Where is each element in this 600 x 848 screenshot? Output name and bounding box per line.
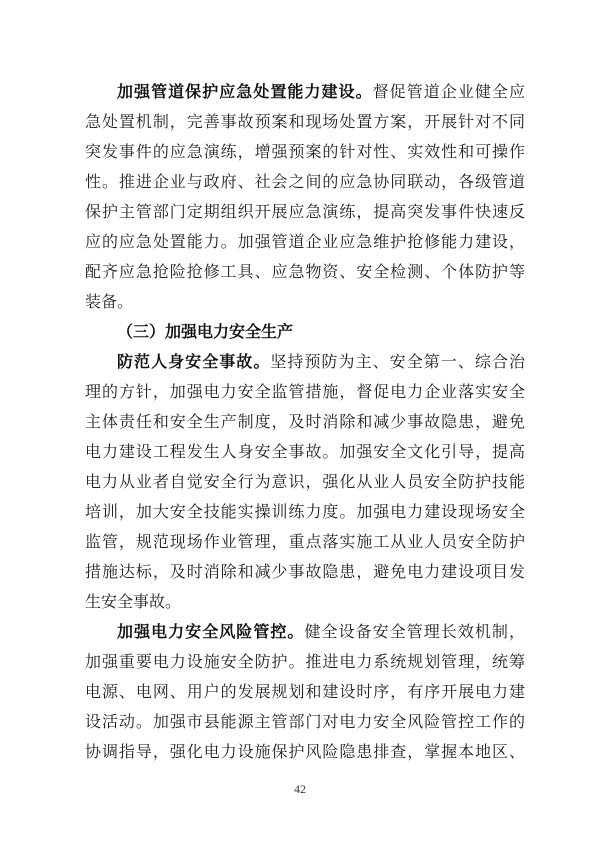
text-line: 装备。 [85, 288, 525, 318]
text-line: 加强电力安全风险管控。健全设备安全管理长效机制， [85, 618, 525, 648]
body-text-run: 加强重要电力设施安全防护。推进电力系统规划管理，统筹 [85, 654, 525, 671]
text-line: 性。推进企业与政府、社会之间的应急协同联动，各级管道 [85, 168, 525, 198]
body-text-run: 电力建设工程发生人身安全事故。加强安全文化引导，提高 [85, 444, 525, 461]
body-text-run: 急处置机制，完善事故预案和现场处置方案，开展针对不同 [85, 114, 525, 131]
body-text-run: 健全设备安全管理长效机制， [304, 624, 525, 641]
text-line: 监管，规范现场作业管理，重点落实施工从业人员安全防护 [85, 528, 525, 558]
body-text-run: 应的应急处置能力。加强管道企业应急维护抢修能力建设， [85, 234, 525, 251]
text-line: 培训，加大安全技能实操训练力度。加强电力建设现场安全 [85, 498, 525, 528]
text-line: 生安全事故。 [85, 588, 525, 618]
body-text-run: 生安全事故。 [85, 594, 181, 611]
text-line: 电力建设工程发生人身安全事故。加强安全文化引导，提高 [85, 438, 525, 468]
body-text-run: 坚持预防为主、安全第一、综合治 [270, 354, 525, 371]
text-line: 设活动。加强市县能源主管部门对电力安全风险管控工作的 [85, 708, 525, 738]
document-body: 加强管道保护应急处置能力建设。督促管道企业健全应急处置机制，完善事故预案和现场处… [85, 78, 525, 768]
text-line: 加强重要电力设施安全防护。推进电力系统规划管理，统筹 [85, 648, 525, 678]
body-text-run: 设活动。加强市县能源主管部门对电力安全风险管控工作的 [85, 714, 525, 731]
body-text-run: 电力从业者自觉安全行为意识，强化从业人员安全防护技能 [85, 474, 525, 491]
bold-text-run: 加强管道保护应急处置能力建设。 [117, 84, 373, 101]
text-line: 突发事件的应急演练，增强预案的针对性、实效性和可操作 [85, 138, 525, 168]
text-line: 措施达标，及时消除和减少事故隐患，避免电力建设项目发 [85, 558, 525, 588]
body-text-run: 主体责任和安全生产制度，及时消除和减少事故隐患，避免 [85, 414, 525, 431]
body-text-run: 保护主管部门定期组织开展应急演练，提高突发事件快速反 [85, 204, 525, 221]
body-text-run: 电源、电网、用户的发展规划和建设时序，有序开展电力建 [85, 684, 525, 701]
text-line: 电力从业者自觉安全行为意识，强化从业人员安全防护技能 [85, 468, 525, 498]
document-page: 加强管道保护应急处置能力建设。督促管道企业健全应急处置机制，完善事故预案和现场处… [0, 0, 600, 848]
text-line: 协调指导，强化电力设施保护风险隐患排查，掌握本地区、 [85, 738, 525, 768]
text-line: 急处置机制，完善事故预案和现场处置方案，开展针对不同 [85, 108, 525, 138]
text-line: 防范人身安全事故。坚持预防为主、安全第一、综合治 [85, 348, 525, 378]
body-text-run: 装备。 [85, 294, 133, 311]
text-line: 电源、电网、用户的发展规划和建设时序，有序开展电力建 [85, 678, 525, 708]
text-line: 应的应急处置能力。加强管道企业应急维护抢修能力建设， [85, 228, 525, 258]
body-text-run: 协调指导，强化电力设施保护风险隐患排查，掌握本地区、 [85, 744, 525, 761]
body-text-run: 培训，加大安全技能实操训练力度。加强电力建设现场安全 [85, 504, 525, 521]
text-line: 理的方针，加强电力安全监管措施，督促电力企业落实安全 [85, 378, 525, 408]
page-number: 42 [0, 782, 600, 796]
body-text-run: 配齐应急抢险抢修工具、应急物资、安全检测、个体防护等 [85, 264, 525, 281]
body-text-run: 督促管道企业健全应 [373, 84, 525, 101]
text-line: 主体责任和安全生产制度，及时消除和减少事故隐患，避免 [85, 408, 525, 438]
body-text-run: 突发事件的应急演练，增强预案的针对性、实效性和可操作 [85, 144, 525, 161]
text-line: 配齐应急抢险抢修工具、应急物资、安全检测、个体防护等 [85, 258, 525, 288]
bold-text-run: 防范人身安全事故。 [117, 354, 270, 371]
text-line: 保护主管部门定期组织开展应急演练，提高突发事件快速反 [85, 198, 525, 228]
section-heading: （三）加强电力安全生产 [85, 318, 525, 348]
body-text-run: 监管，规范现场作业管理，重点落实施工从业人员安全防护 [85, 534, 525, 551]
body-text-run: 性。推进企业与政府、社会之间的应急协同联动，各级管道 [85, 174, 525, 191]
text-line: 加强管道保护应急处置能力建设。督促管道企业健全应 [85, 78, 525, 108]
bold-text-run: （三）加强电力安全生产 [117, 324, 293, 341]
body-text-run: 理的方针，加强电力安全监管措施，督促电力企业落实安全 [85, 384, 525, 401]
bold-text-run: 加强电力安全风险管控。 [117, 624, 304, 641]
body-text-run: 措施达标，及时消除和减少事故隐患，避免电力建设项目发 [85, 564, 525, 581]
